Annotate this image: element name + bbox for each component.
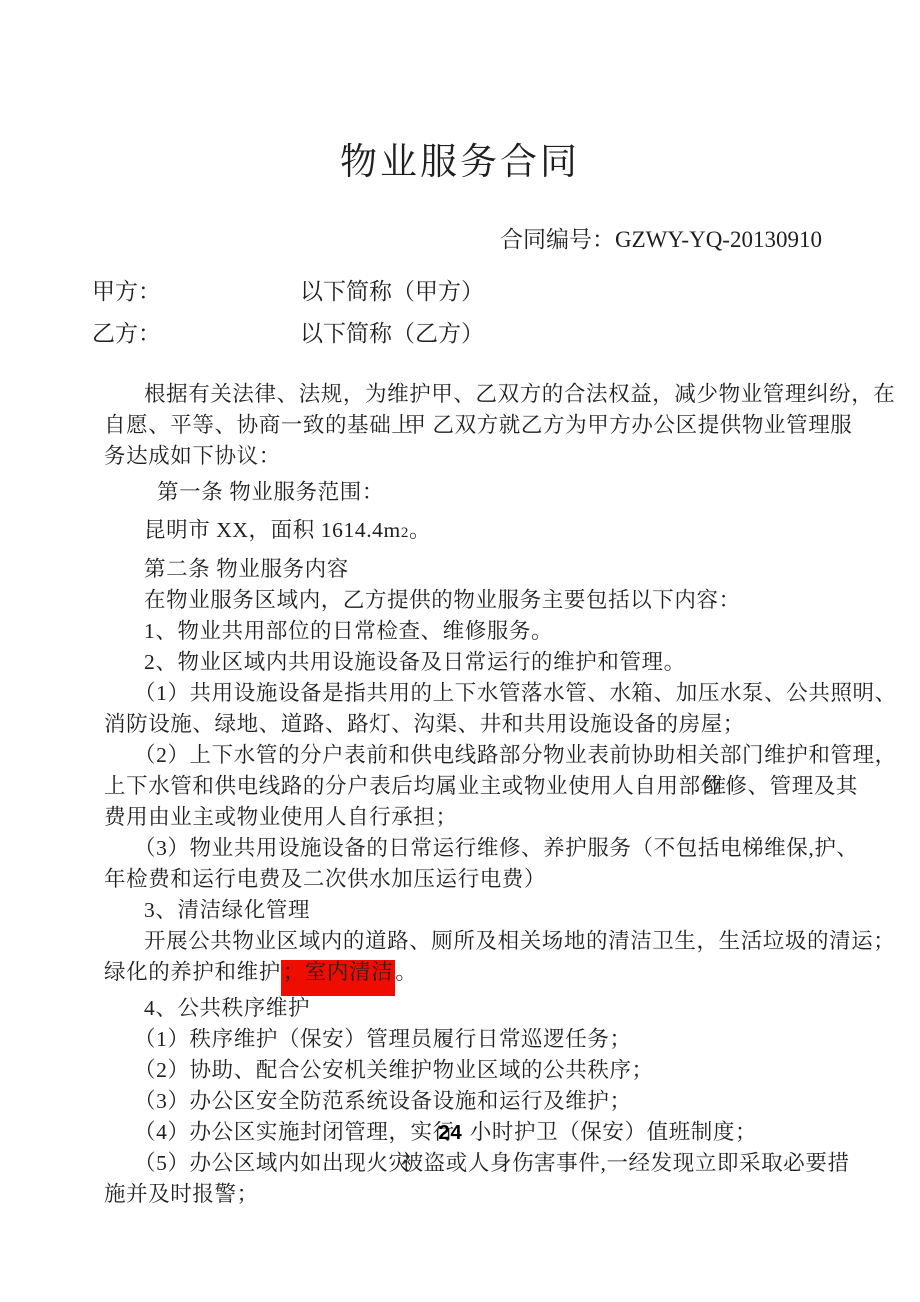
text-line: 4、公共秩序维护 xyxy=(104,993,874,1024)
text-line: 第一条 物业服务范围： xyxy=(104,477,874,508)
text-line: （3）物业共用设施设备的日常运行维修、养护服务（不包括电梯维保,护、 xyxy=(104,833,874,864)
text-line: 消防设施、绿地、道路、路灯、沟渠、井和共用设施设备的房屋； xyxy=(104,709,874,740)
document-body: 根据有关法律、法规，为维护甲、乙双方的合法权益，减少物业管理纠纷，在自愿、平等、… xyxy=(0,379,920,1210)
text-line: 费用由业主或物业使用人自行承担； xyxy=(104,802,874,833)
text-segment: 甲 xyxy=(404,413,426,437)
text-line: （3）办公区安全防范系统设备设施和运行及维护； xyxy=(104,1086,874,1117)
party-a-alias: 以下简称（甲方） xyxy=(300,277,484,307)
text-segment: （5）办公区域内如出现火灾 xyxy=(134,1151,411,1175)
text-line: 第二条 物业服务内容 xyxy=(104,554,874,585)
text-segment: 。 xyxy=(395,960,417,984)
text-line: 在物业服务区域内，乙方提供的物业服务主要包括以下内容： xyxy=(104,585,874,616)
text-segment: （1）共用设施设备是指共用的上下水管落水管、水箱、加压水泵、公共照明、 xyxy=(134,681,897,705)
contract-document-page: 物业服务合同 合同编号：GZWY-YQ-20130910 甲方： 以下简称（甲方… xyxy=(0,0,920,1302)
text-segment: 1、物业共用部位的日常检查、维修服务。 xyxy=(144,619,553,643)
text-segment: 务达成如下协议： xyxy=(104,444,281,468)
text-segment: 2 xyxy=(401,525,409,541)
party-b-alias: 以下简称（乙方） xyxy=(300,319,484,349)
text-line: 绿化的养护和维护；室内清洁。 xyxy=(104,957,874,988)
text-segment: 小时护卫（保安）值班制度； xyxy=(464,1120,757,1144)
text-segment: 第一条 物业服务范围： xyxy=(157,480,384,504)
text-segment: （4）办公区实施封闭管理，实 xyxy=(134,1120,433,1144)
text-line: 上下水管和供电线路的分户表后均属业主或物业使用人自用部位维修、管理及其 xyxy=(104,771,874,802)
text-line: 根据有关法律、法规，为维护甲、乙双方的合法权益，减少物业管理纠纷，在 xyxy=(104,379,874,410)
text-line: （1）秩序维护（保安）管理员履行日常巡逻任务； xyxy=(104,1024,874,1055)
text-line: 施并及时报警； xyxy=(104,1179,874,1210)
text-segment: 上下水管和供电线路的分户表后均属业主或物业使用人自用部 xyxy=(104,774,701,798)
text-segment: 绿化的养护和维护 xyxy=(104,960,281,984)
document-title: 物业服务合同 xyxy=(0,143,920,183)
text-segment: 费用由业主或物业使用人自行承担； xyxy=(104,805,458,829)
contract-number: 合同编号：GZWY-YQ-20130910 xyxy=(0,225,920,255)
text-segment: （3）物业共用设施设备的日常运行维修、养护服务（不包括电梯维保,护、 xyxy=(134,836,859,860)
text-line: 3、清洁绿化管理 xyxy=(104,895,874,926)
party-b-label: 乙方： xyxy=(92,319,300,349)
text-segment: 在物业服务区域内，乙方提供的物业服务主要包括以下内容： xyxy=(144,588,741,612)
text-line: 年检费和运行电费及二次供水加压运行电费） xyxy=(104,864,874,895)
text-segment: 昆明市 XX，面积 1614.4m xyxy=(144,518,401,542)
text-segment: （3）办公区安全防范系统设备设施和运行及维护； xyxy=(134,1089,632,1113)
text-segment: （2）协助、配合公安机关维护物业区域的公共秩序； xyxy=(134,1058,654,1082)
text-segment: 年检费和运行电费及二次供水加压运行电费） xyxy=(104,867,546,891)
text-line: 开展公共物业区域内的道路、厕所及相关场地的清洁卫生，生活垃圾的清运； xyxy=(104,926,874,957)
text-segment: 施并及时报警； xyxy=(104,1182,259,1206)
text-segment: 消防设施、绿地、道路、路灯、沟渠、井和共用设施设备的房屋； xyxy=(104,712,745,736)
text-segment: 4、公共秩序维护 xyxy=(144,996,310,1020)
text-segment: 3、清洁绿化管理 xyxy=(144,898,310,922)
overlapping-characters: 位维 xyxy=(701,771,726,802)
text-segment: 。 xyxy=(409,518,431,542)
text-segment: （2）上下水管的分户表前和供电线路部分物业表前协助相关部门维护和管理， xyxy=(134,743,897,767)
party-b-row: 乙方： 以下简称（乙方） xyxy=(0,319,920,349)
text-line: （2）上下水管的分户表前和供电线路部分物业表前协助相关部门维护和管理， xyxy=(104,740,874,771)
text-segment: 被 xyxy=(402,1151,424,1175)
party-a-row: 甲方： 以下简称（甲方） xyxy=(0,277,920,307)
text-segment: 2、物业区域内共用设施设备及日常运行的维护和管理。 xyxy=(144,650,686,674)
text-line: 自愿、平等、协商一致的基础上甲 乙双方就乙方为甲方办公区提供物业管理服 xyxy=(104,410,874,441)
text-line: （4）办公区实施封闭管理，实行24 小时护卫（保安）值班制度； xyxy=(104,1117,874,1148)
text-line: （1）共用设施设备是指共用的上下水管落水管、水箱、加压水泵、公共照明、 xyxy=(104,678,874,709)
red-highlighted-text: ；室内清洁 xyxy=(281,960,396,984)
text-line: 昆明市 XX，面积 1614.4m2。 xyxy=(104,515,874,549)
text-segment: 乙双方就乙方为甲方办公区提供物业管理服 xyxy=(427,413,853,437)
text-segment: （1）秩序维护（保安）管理员履行日常巡逻任务； xyxy=(134,1027,632,1051)
text-segment: 盗或人身伤害事件,一经发现立即采取必要措 xyxy=(424,1151,850,1175)
text-segment: 开展公共物业区域内的道路、厕所及相关场地的清洁卫生，生活垃圾的清运； xyxy=(144,929,895,953)
text-segment: 根据有关法律、法规，为维护甲、乙双方的合法权益，减少物业管理纠纷，在 xyxy=(144,382,895,406)
party-a-label: 甲方： xyxy=(92,277,300,307)
text-line: 1、物业共用部位的日常检查、维修服务。 xyxy=(104,616,874,647)
text-segment: 第二条 物业服务内容 xyxy=(144,557,349,581)
overlapping-number-24: 行24 xyxy=(433,1117,464,1148)
text-segment: 修、管理及其 xyxy=(725,774,858,798)
text-line: （5）办公区域内如出现火灾被盗或人身伤害事件,一经发现立即采取必要措 xyxy=(104,1148,874,1179)
text-segment: 自愿、平等、协商一致的基础上 xyxy=(104,413,413,437)
text-line: （2）协助、配合公安机关维护物业区域的公共秩序； xyxy=(104,1055,874,1086)
text-line: 务达成如下协议： xyxy=(104,441,874,472)
text-line: 2、物业区域内共用设施设备及日常运行的维护和管理。 xyxy=(104,647,874,678)
